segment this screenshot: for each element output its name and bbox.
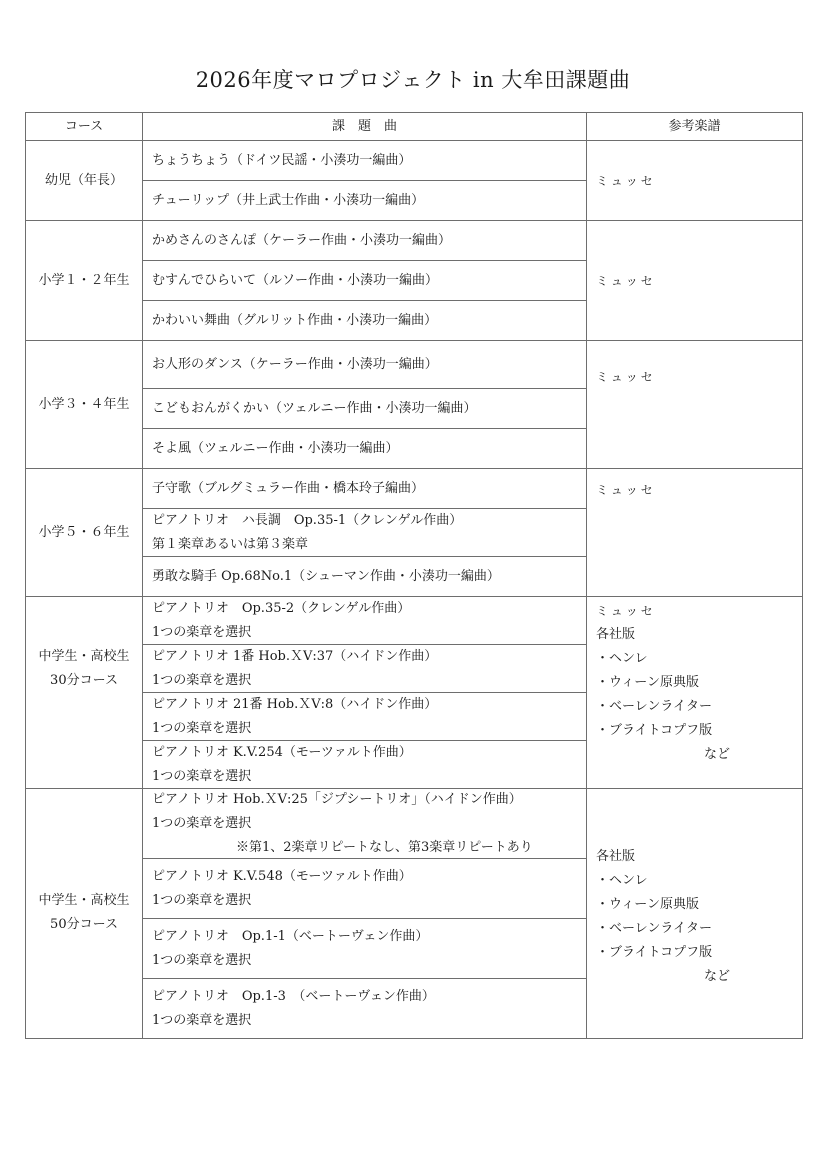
reference-cell: ミュッセ	[586, 340, 803, 469]
reference-item: ・ヘンレ	[596, 647, 802, 671]
piece-cell: かわいい舞曲（グルリット作曲・小湊功一編曲）	[142, 300, 587, 341]
piece-note: 1つの楽章を選択	[152, 889, 586, 913]
piece-cell: そよ風（ツェルニー作曲・小湊功一編曲）	[142, 428, 587, 469]
piece-title: ピアノトリオ 1番 Hob.ＸⅤ:37（ハイドン作曲）	[152, 645, 586, 669]
piece-title: そよ風（ツェルニー作曲・小湊功一編曲）	[152, 437, 586, 461]
piece-cell: ピアノトリオ 1番 Hob.ＸⅤ:37（ハイドン作曲） 1つの楽章を選択	[142, 644, 587, 693]
piece-cell: ピアノトリオ 21番 Hob.ＸⅤ:8（ハイドン作曲） 1つの楽章を選択	[142, 692, 587, 741]
piece-title: ピアノトリオ K.V.254（モーツァルト作曲）	[152, 741, 586, 765]
piece-note: 第１楽章あるいは第３楽章	[152, 533, 586, 557]
piece-cell: ピアノトリオ Op.1-3 （ベートーヴェン作曲） 1つの楽章を選択	[142, 978, 587, 1039]
reference-cell: ミュッセ	[586, 140, 803, 221]
piece-note: 1つの楽章を選択	[152, 621, 586, 645]
piece-cell: 子守歌（ブルグミュラー作曲・橋本玲子編曲）	[142, 468, 587, 509]
piece-cell: ピアノトリオ K.V.254（モーツァルト作曲） 1つの楽章を選択	[142, 740, 587, 789]
course-label: 中学生・高校生	[38, 645, 129, 669]
reference-item: ・ウィーン原典版	[596, 893, 802, 917]
piece-title: ピアノトリオ K.V.548（モーツァルト作曲）	[152, 865, 586, 889]
piece-note: 1つの楽章を選択	[152, 949, 586, 973]
piece-cell: ちょうちょう（ドイツ民謡・小湊功一編曲）	[142, 140, 587, 181]
reference-item: ・ウィーン原典版	[596, 671, 802, 695]
piece-title: ピアノトリオ Hob.ＸⅤ:25「ジプシートリオ」（ハイドン作曲）	[152, 788, 586, 812]
piece-title: ピアノトリオ Op.1-1（ベートーヴェン作曲）	[152, 925, 586, 949]
piece-title: お人形のダンス（ケーラー作曲・小湊功一編曲）	[152, 353, 586, 377]
piece-title: 勇敢な騎手 Op.68No.1（シューマン作曲・小湊功一編曲）	[152, 565, 586, 589]
piece-title: 子守歌（ブルグミュラー作曲・橋本玲子編曲）	[152, 477, 586, 501]
reference-item: ミュッセ	[596, 365, 802, 389]
piece-cell: ピアノトリオ Hob.ＸⅤ:25「ジプシートリオ」（ハイドン作曲） 1つの楽章を…	[142, 788, 587, 859]
course-duration: 50分コース	[50, 913, 118, 937]
course-label: 小学１・２年生	[38, 269, 129, 293]
course-label: 幼児（年長）	[45, 169, 123, 193]
reference-item: ・ブライトコプフ版	[596, 941, 802, 965]
piece-title: むすんでひらいて（ルソー作曲・小湊功一編曲）	[152, 269, 586, 293]
piece-title: ピアノトリオ 21番 Hob.ＸⅤ:8（ハイドン作曲）	[152, 693, 586, 717]
reference-cell: ミュッセ	[586, 468, 803, 597]
reference-item: ミュッセ	[596, 478, 802, 502]
reference-item: ・ベーレンライター	[596, 917, 802, 941]
piece-cell: こどもおんがくかい（ツェルニー作曲・小湊功一編曲）	[142, 388, 587, 429]
reference-item: ミュッセ	[596, 599, 802, 623]
reference-item: ・ヘンレ	[596, 869, 802, 893]
piece-title: ピアノトリオ Op.35-2（クレンゲル作曲）	[152, 597, 586, 621]
piece-note: 1つの楽章を選択	[152, 717, 586, 741]
course-cell: 小学１・２年生	[25, 220, 143, 341]
reference-cell: ミュッセ	[586, 220, 803, 341]
course-label: 小学５・６年生	[38, 521, 129, 545]
piece-title: こどもおんがくかい（ツェルニー作曲・小湊功一編曲）	[152, 397, 586, 421]
header-course: コース	[25, 112, 143, 141]
piece-note: 1つの楽章を選択	[152, 1009, 586, 1033]
piece-title: ピアノトリオ ハ長調 Op.35-1（クレンゲル作曲）	[152, 509, 586, 533]
reference-item: ・ベーレンライター	[596, 695, 802, 719]
course-cell: 幼児（年長）	[25, 140, 143, 221]
piece-title: かめさんのさんぽ（ケーラー作曲・小湊功一編曲）	[152, 229, 586, 253]
reference-item: ミュッセ	[596, 169, 802, 193]
piece-cell: ピアノトリオ Op.35-2（クレンゲル作曲） 1つの楽章を選択	[142, 596, 587, 645]
piece-cell: むすんでひらいて（ルソー作曲・小湊功一編曲）	[142, 260, 587, 301]
assigned-pieces-table: コース 課 題 曲 参考楽譜 幼児（年長） ちょうちょう（ドイツ民謡・小湊功一編…	[0, 0, 826, 1169]
reference-item: 各社版	[596, 623, 802, 647]
course-duration: 30分コース	[50, 669, 118, 693]
reference-item: ミュッセ	[596, 269, 802, 293]
course-cell: 小学５・６年生	[25, 468, 143, 597]
piece-note: 1つの楽章を選択	[152, 669, 586, 693]
course-cell: 中学生・高校生 50分コース	[25, 788, 143, 1039]
header-piece: 課 題 曲	[142, 112, 587, 141]
reference-item: ・ブライトコプフ版	[596, 719, 802, 743]
piece-title: ピアノトリオ Op.1-3 （ベートーヴェン作曲）	[152, 985, 586, 1009]
piece-cell: ピアノトリオ K.V.548（モーツァルト作曲） 1つの楽章を選択	[142, 858, 587, 919]
reference-item: 各社版	[596, 845, 802, 869]
piece-footnote: ※第1、2楽章リピートなし、第3楽章リピートあり	[152, 836, 586, 860]
header-reference: 参考楽譜	[586, 112, 803, 141]
piece-cell: ピアノトリオ ハ長調 Op.35-1（クレンゲル作曲） 第１楽章あるいは第３楽章	[142, 508, 587, 557]
course-cell: 小学３・４年生	[25, 340, 143, 469]
piece-note: 1つの楽章を選択	[152, 765, 586, 789]
piece-cell: お人形のダンス（ケーラー作曲・小湊功一編曲）	[142, 340, 587, 389]
piece-title: ちょうちょう（ドイツ民謡・小湊功一編曲）	[152, 149, 586, 173]
piece-note: 1つの楽章を選択	[152, 812, 586, 836]
course-label: 小学３・４年生	[38, 393, 129, 417]
piece-cell: チューリップ（井上武士作曲・小湊功一編曲）	[142, 180, 587, 221]
piece-cell: かめさんのさんぽ（ケーラー作曲・小湊功一編曲）	[142, 220, 587, 261]
reference-cell: 各社版 ・ヘンレ ・ウィーン原典版 ・ベーレンライター ・ブライトコプフ版 など	[586, 788, 803, 1039]
piece-title: チューリップ（井上武士作曲・小湊功一編曲）	[152, 189, 586, 213]
course-label: 中学生・高校生	[38, 889, 129, 913]
piece-cell: 勇敢な騎手 Op.68No.1（シューマン作曲・小湊功一編曲）	[142, 556, 587, 597]
course-cell: 中学生・高校生 30分コース	[25, 596, 143, 789]
piece-cell: ピアノトリオ Op.1-1（ベートーヴェン作曲） 1つの楽章を選択	[142, 918, 587, 979]
piece-title: かわいい舞曲（グルリット作曲・小湊功一編曲）	[152, 309, 586, 333]
reference-cell: ミュッセ 各社版 ・ヘンレ ・ウィーン原典版 ・ベーレンライター ・ブライトコプ…	[586, 596, 803, 789]
reference-item: など	[596, 965, 802, 989]
reference-item: など	[596, 743, 802, 767]
